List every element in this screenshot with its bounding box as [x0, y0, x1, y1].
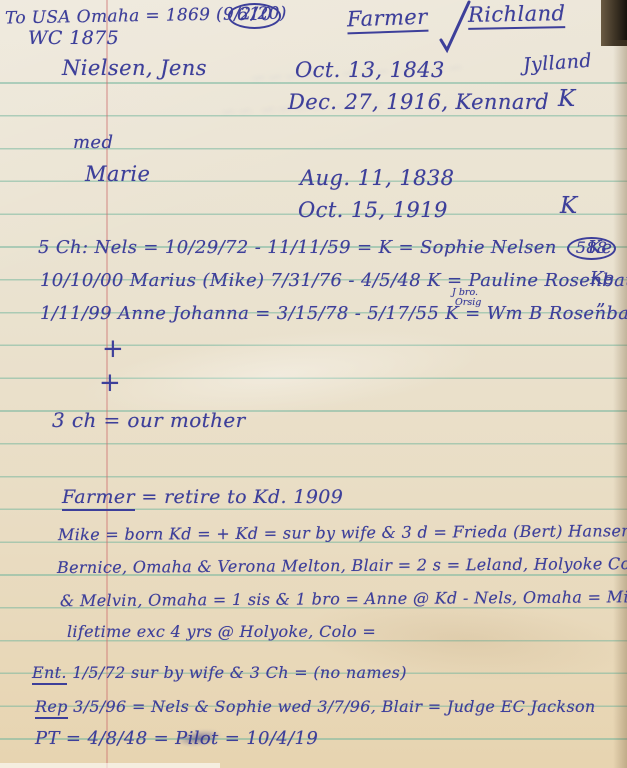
retirement-note-keyword: Farmer	[62, 486, 135, 511]
death-code: K	[558, 86, 576, 112]
mike-note-line1: Mike = born Kd = + Kd = sur by wife & 3 …	[58, 521, 627, 544]
plus-mark: +	[99, 368, 121, 398]
child-row-nels: 5 Ch: Nels = 10/29/72 - 11/11/59 = K = S…	[38, 237, 616, 260]
entry-note: Ent. 1/5/72 sur by wife & 3 Ch = (no nam…	[32, 663, 407, 682]
child-row-anne-ditto: ”	[596, 300, 606, 321]
scan-edge-bottom	[0, 763, 220, 768]
birth-place: Jylland	[522, 50, 592, 77]
child-row-marius: 10/10/00 Marius (Mike) 7/31/76 - 4/5/48 …	[40, 270, 627, 291]
birth-date: Oct. 13, 1843	[295, 58, 445, 82]
child-row-nels-text: 5 Ch: Nels = 10/29/72 - 11/11/59 = K = S…	[38, 237, 557, 258]
scanned-ledger-page: ~~~~ ~~~ ~~~~~ ~~~ ~~~~ ~~ To USA Omaha …	[0, 0, 627, 768]
child-row-nels-code: Ke	[588, 237, 612, 258]
spouse-death-date: Oct. 15, 1919	[298, 198, 448, 222]
children-summary: 3 ch = our mother	[52, 408, 246, 432]
township-label: Richland	[468, 1, 566, 30]
rep-note-text: 3/5/96 = Nels & Sophie wed 3/7/96, Blair…	[73, 697, 595, 716]
rep-note-keyword: Rep	[35, 697, 68, 719]
entry-note-text: 1/5/72 sur by wife & 3 Ch = (no names)	[72, 663, 407, 682]
county-note: WC 1875	[28, 27, 119, 49]
person-name: Nielsen, Jens	[62, 56, 207, 80]
child-row-marius-code: Ke	[590, 268, 614, 289]
retirement-note: Farmer = retire to Kd. 1909	[62, 486, 343, 508]
scan-edge-shadow	[613, 40, 627, 768]
mike-note-line4: lifetime exc 4 yrs @ Holyoke, Colo =	[67, 622, 376, 641]
anne-annotation-line2: Orsig	[455, 298, 481, 308]
spouse-birth-date: Aug. 11, 1838	[300, 166, 454, 190]
spouse-death-code: K	[560, 193, 578, 219]
mike-note-line2: Bernice, Omaha & Verona Melton, Blair = …	[57, 554, 627, 577]
rep-note: Rep 3/5/96 = Nels & Sophie wed 3/7/96, B…	[35, 697, 596, 716]
entry-note-keyword: Ent.	[32, 663, 67, 685]
retirement-note-text: = retire to Kd. 1909	[141, 486, 343, 508]
page-ref-number: 610	[228, 3, 281, 29]
death-date-place: Dec. 27, 1916, Kennard	[288, 90, 549, 114]
married-word: med	[73, 132, 113, 153]
spouse-name: Marie	[85, 162, 150, 186]
child-row-anne: 1/11/99 Anne Johanna = 3/15/78 - 5/17/55…	[40, 303, 627, 324]
mike-note-line3: & Melvin, Omaha = 1 sis & 1 bro = Anne @…	[60, 587, 627, 611]
plus-mark: +	[102, 334, 124, 364]
occupation-label: Farmer	[347, 5, 429, 35]
